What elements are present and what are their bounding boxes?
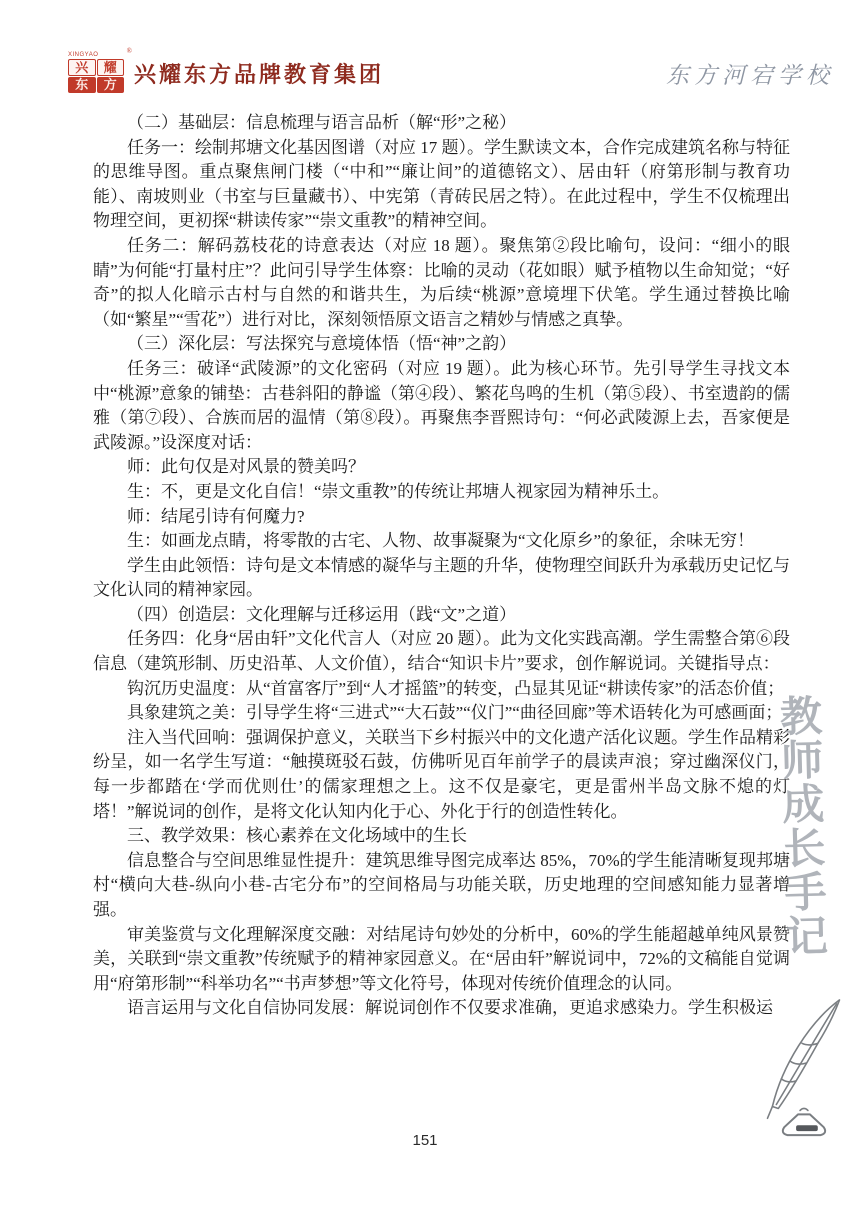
dialogue-line: 生：如画龙点睛，将零散的古宅、人物、故事凝聚为“文化原乡”的象征，余味无穷！ [93, 529, 790, 554]
logo-seal-char: 兴 [68, 59, 96, 76]
paragraph: 任务二：解码荔枝花的诗意表达（对应 18 题）。聚焦第②段比喻句，设问：“细小的… [93, 234, 790, 332]
registered-mark: ® [127, 48, 132, 55]
paragraph: 审美鉴赏与文化理解深度交融：对结尾诗句妙处的分析中，60%的学生能超越单纯风景赞… [93, 923, 790, 997]
document-page: ® XINGYAO 兴 耀 东 方 兴耀东方品牌教育集团 东方河宕学校 （二）基… [0, 0, 850, 1205]
paragraph: 信息整合与空间思维显性提升：建筑思维导图完成率达 85%，70%的学生能清晰复现… [93, 849, 790, 923]
page-header: ® XINGYAO 兴 耀 东 方 兴耀东方品牌教育集团 东方河宕学校 [0, 0, 850, 110]
paragraph: 语言运用与文化自信协同发展：解说词创作不仅要求准确，更追求感染力。学生积极运 [93, 996, 790, 1021]
paragraph: 注入当代回响：强调保护意义，关联当下乡村振兴中的文化遗产活化议题。学生作品精彩纷… [93, 726, 790, 824]
paragraph: 任务三：破译“武陵源”的文化密码（对应 19 题）。此为核心环节。先引导学生寻找… [93, 357, 790, 455]
brand-logo: ® XINGYAO 兴 耀 东 方 [68, 52, 128, 96]
logo-pinyin: XINGYAO [68, 52, 98, 58]
logo-seal-char: 方 [97, 77, 125, 94]
section-heading: 三、教学效果：核心素养在文化场域中的生长 [93, 824, 790, 849]
logo-seal-char: 东 [68, 77, 96, 94]
section-heading: （二）基础层：信息梳理与语言品析（解“形”之秘） [93, 111, 790, 136]
school-name: 东方河宕学校 [666, 57, 834, 90]
section-heading: （三）深化层：写法探究与意境体悟（悟“神”之韵） [93, 332, 790, 357]
logo-seal-char: 耀 [97, 59, 125, 76]
organization-name: 兴耀东方品牌教育集团 [134, 58, 384, 89]
dialogue-line: 师：此句仅是对风景的赞美吗？ [93, 455, 790, 480]
margin-watermark-text: 教师成长手记 [776, 693, 825, 964]
logo-seal-icon: 兴 耀 东 方 [68, 59, 124, 93]
page-number: 151 [0, 1132, 850, 1149]
dialogue-line: 师：结尾引诗有何魔力? [93, 505, 790, 530]
paragraph: 具象建筑之美：引导学生将“三进式”“大石鼓”“仪门”“曲径回廊”等术语转化为可感… [93, 701, 790, 726]
paragraph: 学生由此领悟：诗句是文本情感的凝华与主题的升华，使物理空间跃升为承载历史记忆与文… [93, 554, 790, 603]
dialogue-line: 生：不，更是文化自信！“崇文重教”的传统让邦塘人视家园为精神乐土。 [93, 480, 790, 505]
paragraph: 钩沉历史温度：从“首富客厅”到“人才摇篮”的转变，凸显其见证“耕读传家”的活态价… [93, 677, 790, 702]
document-body: （二）基础层：信息梳理与语言品析（解“形”之秘） 任务一：绘制邦塘文化基因图谱（… [93, 111, 790, 1021]
paragraph: 任务一：绘制邦塘文化基因图谱（对应 17 题）。学生默读文本，合作完成建筑名称与… [93, 136, 790, 234]
section-heading: （四）创造层：文化理解与迁移运用（践“文”之道） [93, 603, 790, 628]
paragraph: 任务四：化身“居由轩”文化代言人（对应 20 题）。此为文化实践高潮。学生需整合… [93, 627, 790, 676]
quill-inkwell-icon [758, 994, 848, 1142]
